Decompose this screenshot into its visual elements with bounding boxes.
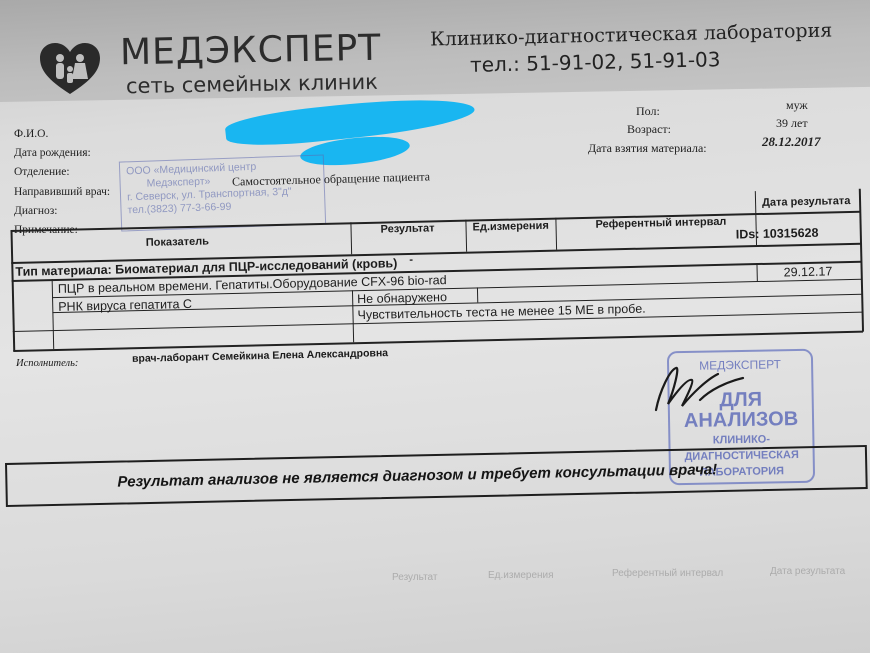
bleed-through-text: Результат	[392, 572, 437, 583]
age-label: Возраст:	[627, 122, 671, 137]
col-header-result: Результат	[380, 222, 434, 235]
result-date: 29.12.17	[784, 264, 833, 279]
bleed-through-text: Дата результата	[770, 566, 845, 577]
bleed-through-text: Ед.измерения	[488, 570, 554, 581]
lab-report-document: МЕДЭКСПЕРТ сеть семейных клиник Клинико-…	[0, 0, 870, 653]
row-indicator-name: РНК вируса гепатита С	[58, 297, 192, 314]
bleed-through-text: Референтный интервал	[612, 568, 723, 579]
referrer-label: Направивший врач:	[14, 186, 110, 198]
disclaimer-banner: Результат анализов не является диагнозом…	[5, 445, 868, 507]
sample-date-value: 28.12.2017	[762, 134, 821, 150]
sex-value: муж	[786, 98, 808, 113]
results-table: Показатель Результат Ед.измерения Рефере…	[10, 189, 865, 358]
brand-name: МЕДЭКСПЕРТ	[120, 28, 382, 74]
ids-label: IDs: 10315628	[736, 226, 819, 242]
row-result-value: Не обнаружено	[357, 290, 447, 306]
sample-date-label: Дата взятия материала:	[588, 141, 707, 156]
dob-label: Дата рождения:	[14, 147, 91, 159]
brand-tagline: сеть семейных клиник	[126, 70, 378, 98]
family-logo-icon	[38, 42, 102, 96]
col-header-indicator: Показатель	[146, 235, 209, 248]
lab-stamp-line: КЛИНИКО-	[670, 433, 812, 447]
sex-label: Пол:	[636, 104, 660, 119]
col-header-reference: Референтный интервал	[595, 216, 726, 231]
material-dash: -	[409, 254, 413, 266]
disclaimer-text: Результат анализов не является диагнозом…	[117, 461, 717, 491]
department-label: Отделение:	[14, 166, 70, 178]
age-value: 39 лет	[776, 116, 808, 131]
col-header-result-date: Дата результата	[762, 195, 851, 209]
col-header-units: Ед.измерения	[472, 220, 549, 234]
signature-mark	[648, 360, 748, 420]
performer-label: Исполнитель:	[16, 358, 78, 369]
fio-label: Ф.И.О.	[14, 128, 48, 140]
